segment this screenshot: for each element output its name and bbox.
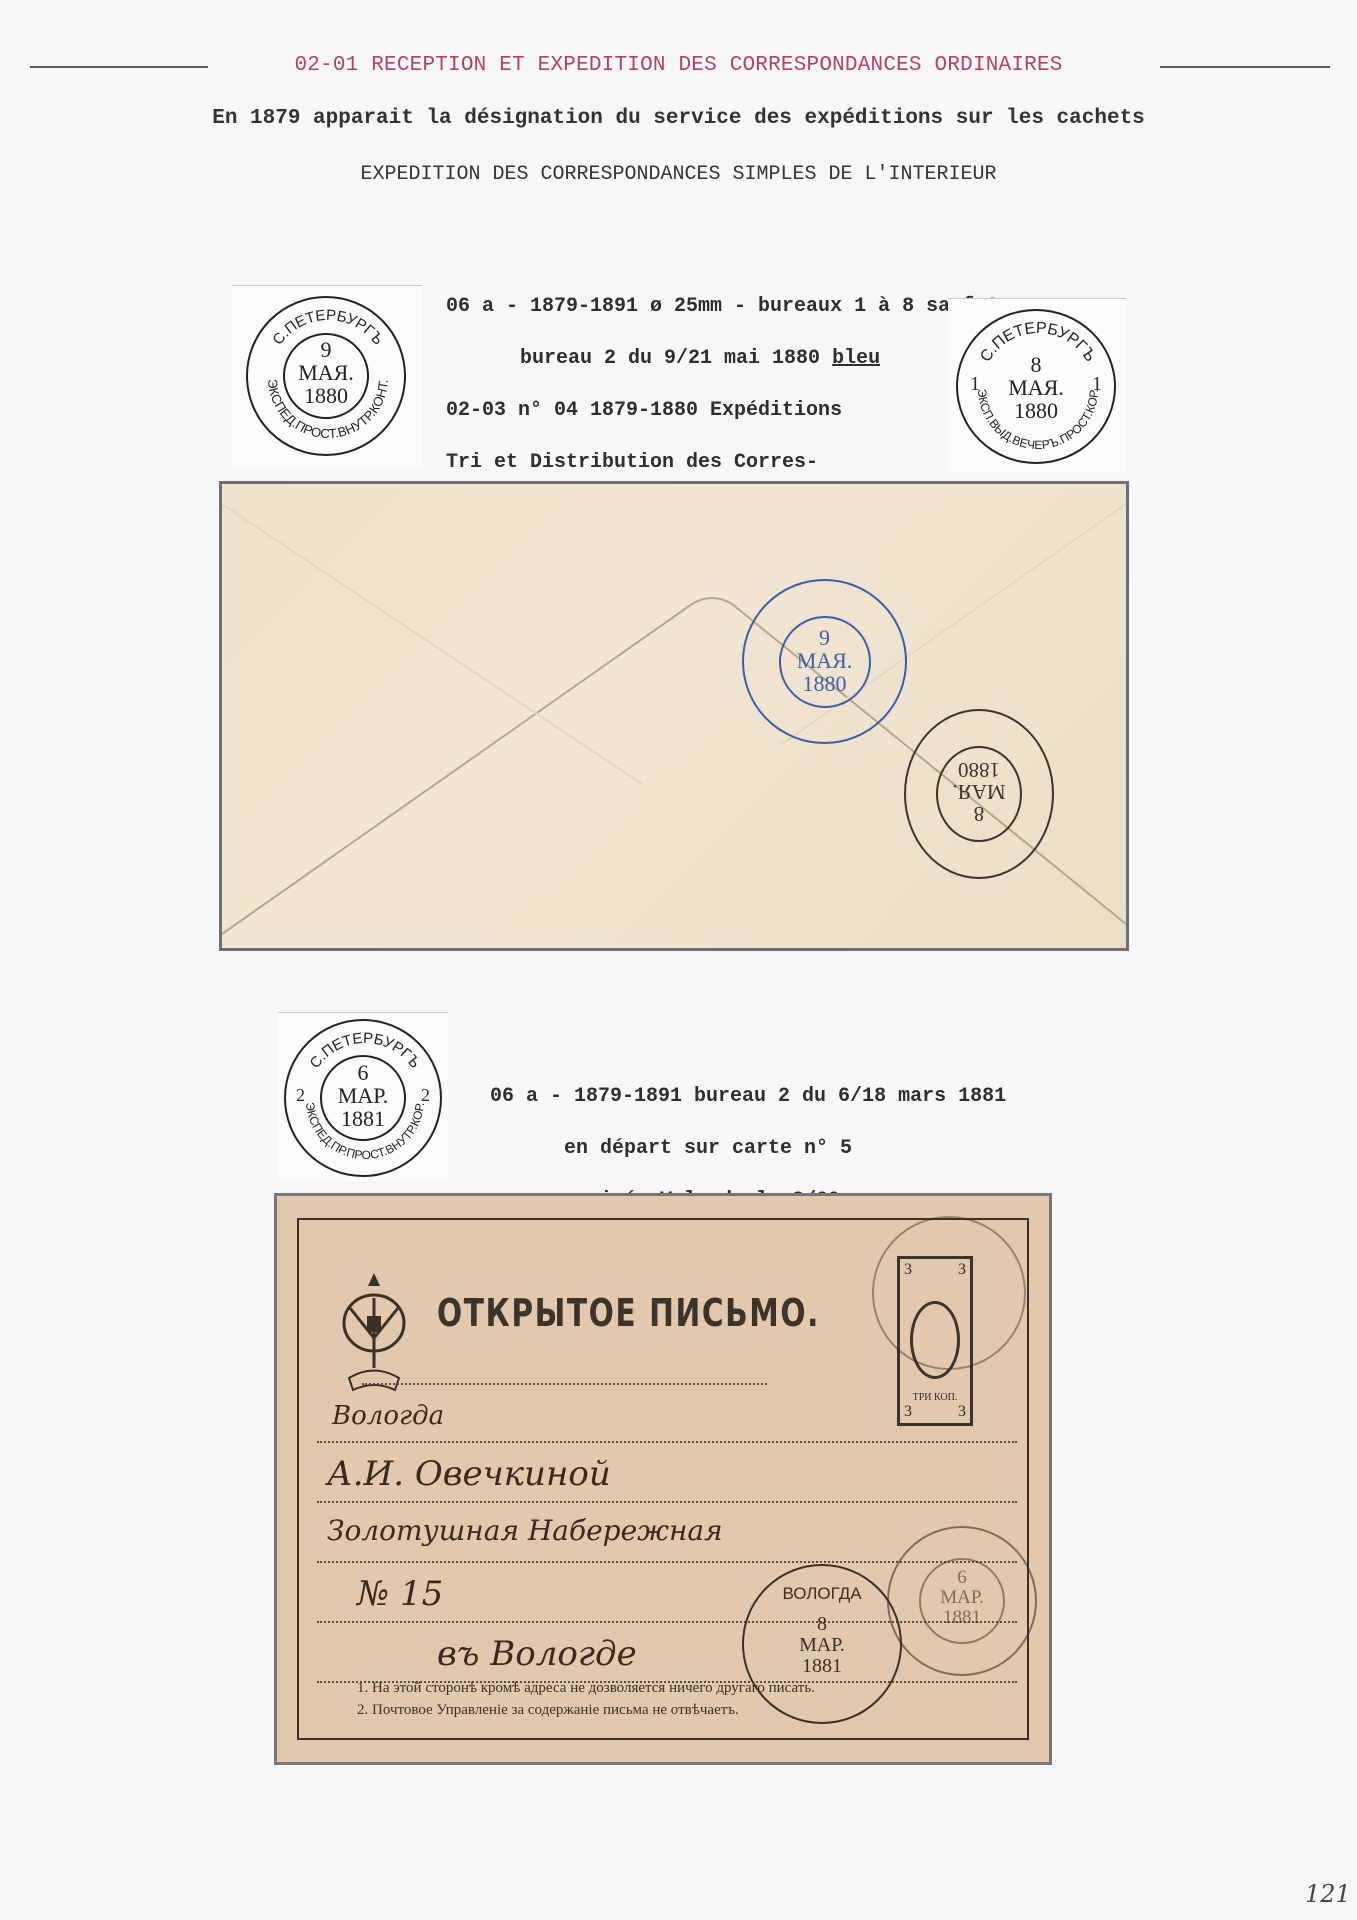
section-subtitle: EXPEDITION DES CORRESPONDANCES SIMPLES D… <box>0 163 1357 186</box>
postmark-day: 9 <box>744 626 905 649</box>
postmark-month: МАР. <box>889 1588 1035 1608</box>
postmark-year: 1880 <box>248 384 404 407</box>
vologda-postmark: ВОЛОГДА 8 МАР. 1881 <box>742 1564 902 1724</box>
postcard-rule-1: 1. На этой сторонѣ кромѣ адреса не дозво… <box>357 1680 815 1697</box>
stamp-cancel-faint <box>872 1216 1026 1370</box>
reference-cancel-left: С.ПЕТЕРБУРГЪ ЭКСПЕД.ПРОСТ.ВНУТР.КОНТ. 9 … <box>232 285 422 466</box>
note-line: 02-03 n° 04 1879-1880 Expéditions <box>446 398 998 424</box>
page-title: 02-01 RECEPTION ET EXPEDITION DES CORRES… <box>0 54 1357 77</box>
postcard: ОТКРЫТОЕ ПИСЬМО. 3 3 ТРИ КОП. 3 3 Вологд… <box>274 1193 1052 1765</box>
postmark-day: 8 <box>906 803 1052 825</box>
postmark-day: 8 <box>958 353 1114 376</box>
postmark-day: 6 <box>889 1568 1035 1588</box>
header-rule-right <box>1160 66 1330 68</box>
imperial-eagle-icon <box>335 1268 413 1398</box>
postmark-month: МАР. <box>286 1084 440 1107</box>
note-line: Tri et Distribution des Corres- <box>446 450 998 476</box>
handwritten-address: А.И. Овечкиной <box>327 1454 611 1494</box>
postmark-day: 9 <box>248 338 404 361</box>
note-line: en départ sur carte n° 5 <box>490 1136 1006 1162</box>
address-line <box>317 1441 1017 1443</box>
postmark-day: 6 <box>286 1061 440 1084</box>
reference-cancel-right: С.ПЕТЕРБУРГЪ ЭКСП.ВЫД.ВЕЧЕРЪ.ПРОСТ.КОР. … <box>948 298 1126 471</box>
envelope-black-postmark: 8 МАЯ. 1880 <box>904 709 1054 879</box>
postmark-month: МАР. <box>744 1635 900 1656</box>
envelope-back: 9 МАЯ. 1880 8 МАЯ. 1880 <box>219 481 1129 951</box>
reference-cancel-section2: С.ПЕТЕРБУРГЪ ЭКСПЕД.ПР.ПРОСТ.ВНУТР.КОР. … <box>278 1012 448 1181</box>
postmark-month: МАЯ. <box>906 781 1052 803</box>
postmark-month: МАЯ. <box>248 361 404 384</box>
postmark-day: 8 <box>744 1614 900 1635</box>
intro-text: En 1879 apparait la désignation du servi… <box>0 107 1357 130</box>
envelope-blue-postmark: 9 МАЯ. 1880 <box>742 579 907 744</box>
postmark-year: 1881 <box>889 1608 1035 1628</box>
postcard-heading: ОТКРЫТОЕ ПИСЬМО. <box>437 1291 820 1335</box>
note-underlined-word: bleu <box>832 347 880 370</box>
postmark-8-may-1880: С.ПЕТЕРБУРГЪ ЭКСП.ВЫД.ВЕЧЕРЪ.ПРОСТ.КОР. … <box>956 309 1116 464</box>
handwritten-address: Вологда <box>332 1401 444 1431</box>
postmark-year: 1881 <box>286 1107 440 1130</box>
address-line <box>362 1383 767 1385</box>
postmark-month: МАЯ. <box>744 649 905 672</box>
handwritten-address: въ Вологде <box>437 1634 637 1674</box>
spb-departure-postmark: 6 МАР. 1881 <box>887 1526 1037 1676</box>
stamp-digit: 3 <box>958 1403 966 1421</box>
handwritten-address: Золотушная Набережная <box>327 1514 723 1547</box>
note-line: bureau 2 du 9/21 mai 1880 bleu <box>446 346 998 372</box>
stamp-value: ТРИ КОП. <box>900 1392 970 1403</box>
postmark-year: 1881 <box>744 1656 900 1677</box>
postmark-year: 1880 <box>744 672 905 695</box>
postmark-year: 1880 <box>958 399 1114 422</box>
note-line: 06 a - 1879-1891 bureau 2 du 6/18 mars 1… <box>490 1084 1006 1110</box>
postmark-9-may-1880: С.ПЕТЕРБУРГЪ ЭКСПЕД.ПРОСТ.ВНУТР.КОНТ. 9 … <box>246 296 406 456</box>
address-line <box>317 1501 1017 1503</box>
postmark-town: ВОЛОГДА <box>744 1584 900 1604</box>
note-line: 06 a - 1879-1891 ø 25mm - bureaux 1 à 8 … <box>446 294 998 320</box>
stamp-digit: 3 <box>904 1403 912 1421</box>
postcard-rule-2: 2. Почтовое Управленіе за содержаніе пис… <box>357 1702 739 1719</box>
postmark-year: 1880 <box>906 759 1052 781</box>
postmark-6-mar-1881: С.ПЕТЕРБУРГЪ ЭКСПЕД.ПР.ПРОСТ.ВНУТР.КОР. … <box>284 1019 442 1177</box>
postmark-month: МАЯ. <box>958 376 1114 399</box>
page-number: 121 <box>1305 1880 1351 1908</box>
handwritten-address: № 15 <box>357 1574 443 1614</box>
